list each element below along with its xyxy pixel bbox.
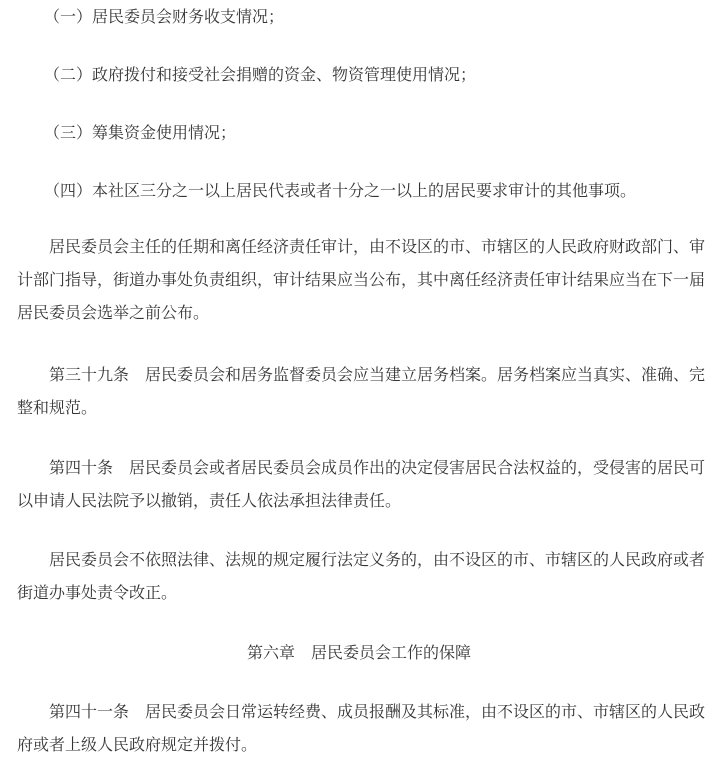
paragraph-duty-correction: 居民委员会不依照法律、法规的规定履行法定义务的，由不设区的市、市辖区的人民政府或… [17,543,707,609]
article-39: 第三十九条 居民委员会和居务监督委员会应当建立居务档案。居务档案应当真实、准确、… [17,358,707,424]
chapter-heading: 第六章 居民委员会工作的保障 [0,636,718,669]
audit-item-2: （二）政府拨付和接受社会捐赠的资金、物资管理使用情况； [44,58,718,91]
article-40: 第四十条 居民委员会或者居民委员会成员作出的决定侵害居民合法权益的，受侵害的居民… [17,451,707,517]
document-body: （一）居民委员会财务收支情况； （二）政府拨付和接受社会捐赠的资金、物资管理使用… [0,0,718,773]
article-41: 第四十一条 居民委员会日常运转经费、成员报酬及其标准，由不设区的市、市辖区的人民… [17,695,707,761]
paragraph-director-audit: 居民委员会主任的任期和离任经济责任审计，由不设区的市、市辖区的人民政府财政部门、… [17,230,707,329]
audit-item-3: （三）筹集资金使用情况； [44,116,718,149]
audit-item-4: （四）本社区三分之一以上居民代表或者十分之一以上的居民要求审计的其他事项。 [44,174,718,207]
audit-item-1: （一）居民委员会财务收支情况； [44,0,718,33]
